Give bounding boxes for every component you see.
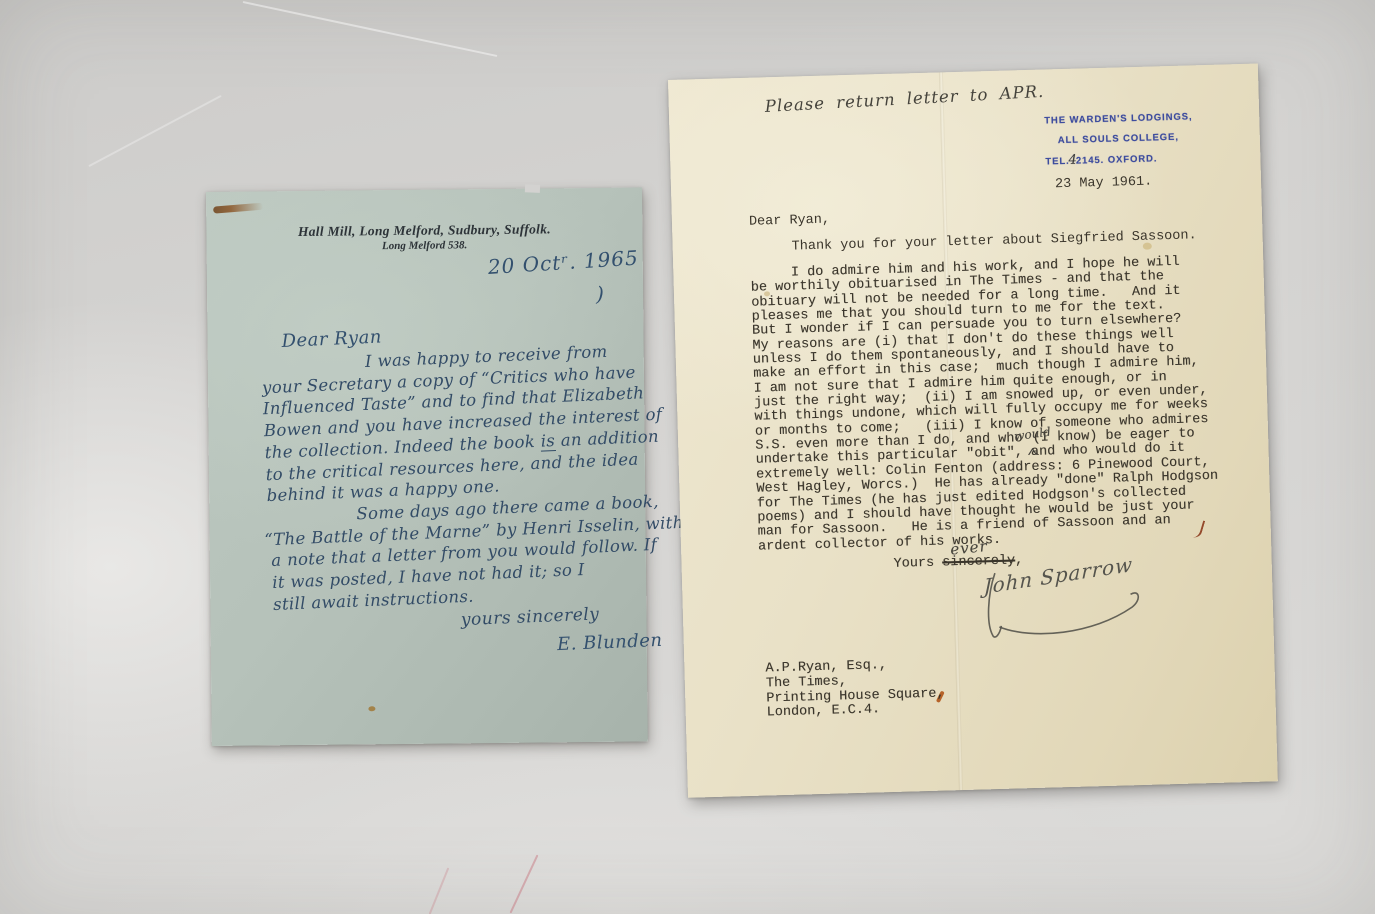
stain-mark <box>213 203 263 214</box>
signature-john-sparrow: John Sparrow <box>981 560 1203 638</box>
closing-text: Yours <box>893 555 942 571</box>
blunden-handwritten-letter: Hall Mill, Long Melford, Sudbury, Suffol… <box>206 187 648 746</box>
sparrow-typed-letter: Please return letter to APR. THE WARDEN'… <box>668 64 1278 798</box>
scratch-mark <box>243 1 498 57</box>
salutation: Dear Ryan <box>281 326 382 352</box>
paper-edge-notch <box>525 184 540 193</box>
handwritten-insertion: would <box>1031 440 1033 441</box>
recipient-address-block: A.P.Ryan, Esq., The Times, Printing Hous… <box>765 658 945 722</box>
signature-e-blunden: E. Blunden <box>557 630 662 655</box>
scratch-mark <box>88 95 221 167</box>
letter-body: I do admire him and his work, and I hope… <box>750 255 1222 644</box>
stain-mark <box>368 706 375 711</box>
signature-flourish <box>973 565 1165 648</box>
recipient-line: London, E.C.4. <box>767 702 946 722</box>
body-text: an addition <box>555 427 660 450</box>
telephone-label: TEL.42145. <box>1045 150 1104 173</box>
letterhead-line: TEL.42145. OXFORD. <box>1045 148 1180 173</box>
photograph-background: Hall Mill, Long Melford, Sudbury, Suffol… <box>0 0 1375 914</box>
caret-mark <box>1028 448 1038 455</box>
inserted-word-ever: ever <box>949 539 988 557</box>
letterhead-line: ALL SOULS COLLEGE, <box>1045 128 1180 152</box>
opening-line: Thank you for your letter about Siegfrie… <box>792 228 1197 254</box>
handwritten-return-note: Please return letter to APR. <box>764 82 1044 116</box>
paren-mark: ) <box>596 282 604 306</box>
scratch-mark <box>429 867 450 914</box>
underlined-word: is <box>540 431 555 452</box>
letter-body: I was happy to receive from your Secreta… <box>257 339 662 668</box>
typed-date: 23 May 1961. <box>1055 175 1153 193</box>
letterhead-city: OXFORD. <box>1108 149 1158 170</box>
letterhead-block: THE WARDEN'S LODGINGS, ALL SOULS COLLEGE… <box>1044 108 1180 173</box>
salutation: Dear Ryan, <box>749 213 830 230</box>
scratch-mark <box>510 855 539 914</box>
